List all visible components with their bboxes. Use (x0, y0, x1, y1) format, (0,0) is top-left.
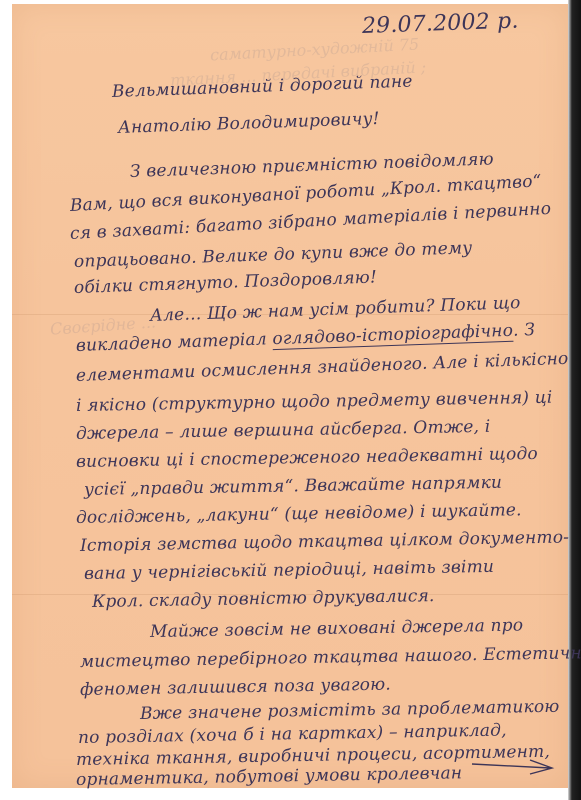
continue-arrow-icon (470, 756, 560, 776)
scan-edge (568, 0, 581, 800)
